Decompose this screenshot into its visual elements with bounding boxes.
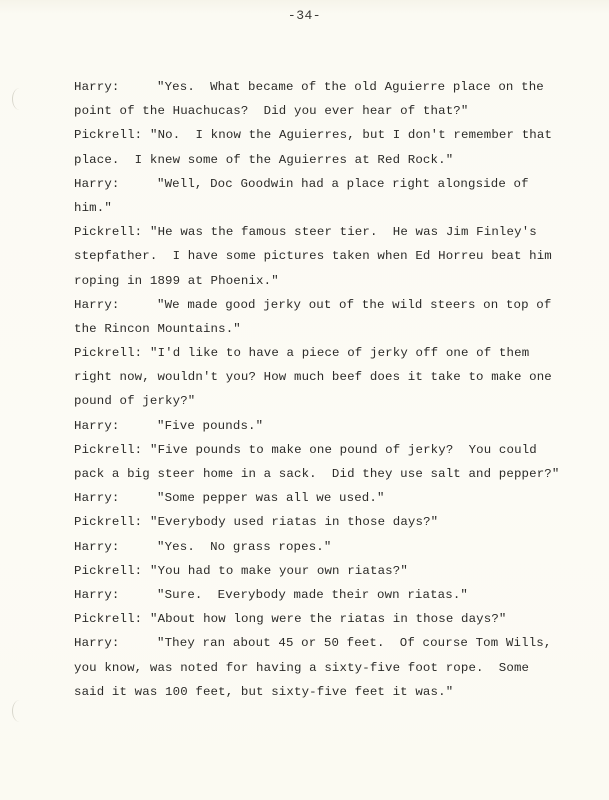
line-text: pound of jerky?" [74,394,195,408]
speaker-label: Harry: [74,176,157,192]
line-text: "You had to make your own riatas?" [150,564,408,578]
page-number: -34- [0,8,609,23]
line-text: "No. I know the Aguierres, but I don't r… [150,128,552,142]
speaker-label: Harry: [74,418,157,434]
speaker-label: Harry: [74,490,157,506]
dialogue-line: Pickrell:"Five pounds to make one pound … [74,442,554,466]
line-text: right now, wouldn't you? How much beef d… [74,370,552,384]
line-text: "Well, Doc Goodwin had a place right alo… [157,177,529,191]
continuation-line: the Rincon Mountains." [74,321,554,345]
line-text: stepfather. I have some pictures taken w… [74,249,552,263]
interview-transcript: Harry:"Yes. What became of the old Aguie… [74,79,554,708]
continuation-line: stepfather. I have some pictures taken w… [74,248,554,272]
speaker-label: Pickrell: [74,563,150,579]
dialogue-line: Pickrell:"Everybody used riatas in those… [74,514,554,538]
line-text: the Rincon Mountains." [74,322,241,336]
speaker-label: Pickrell: [74,514,150,530]
dialogue-line: Pickrell:"You had to make your own riata… [74,563,554,587]
continuation-line: roping in 1899 at Phoenix." [74,273,554,297]
continuation-line: point of the Huachucas? Did you ever hea… [74,103,554,127]
punch-hole-mark [12,88,27,110]
speaker-label: Harry: [74,79,157,95]
speaker-label: Harry: [74,635,157,651]
speaker-label: Pickrell: [74,611,150,627]
dialogue-line: Pickrell:"I'd like to have a piece of je… [74,345,554,369]
continuation-line: him." [74,200,554,224]
speaker-label: Pickrell: [74,224,150,240]
line-text: you know, was noted for having a sixty-f… [74,661,529,675]
speaker-label: Harry: [74,587,157,603]
line-text: roping in 1899 at Phoenix." [74,274,279,288]
dialogue-line: Pickrell:"He was the famous steer tier. … [74,224,554,248]
speaker-label: Pickrell: [74,442,150,458]
continuation-line: said it was 100 feet, but sixty-five fee… [74,684,554,708]
continuation-line: right now, wouldn't you? How much beef d… [74,369,554,393]
line-text: "We made good jerky out of the wild stee… [157,298,551,312]
line-text: "I'd like to have a piece of jerky off o… [150,346,529,360]
line-text: "About how long were the riatas in those… [150,612,507,626]
line-text: "He was the famous steer tier. He was Ji… [150,225,537,239]
speaker-label: Harry: [74,297,157,313]
continuation-line: pound of jerky?" [74,393,554,417]
dialogue-line: Harry:"Five pounds." [74,418,554,442]
line-text: said it was 100 feet, but sixty-five fee… [74,685,453,699]
speaker-label: Harry: [74,539,157,555]
line-text: point of the Huachucas? Did you ever hea… [74,104,468,118]
dialogue-line: Harry:"Some pepper was all we used." [74,490,554,514]
line-text: "They ran about 45 or 50 feet. Of course… [157,636,551,650]
line-text: "Five pounds." [157,419,263,433]
line-text: "Five pounds to make one pound of jerky?… [150,443,537,457]
line-text: "Sure. Everybody made their own riatas." [157,588,468,602]
dialogue-line: Pickrell:"No. I know the Aguierres, but … [74,127,554,151]
continuation-line: you know, was noted for having a sixty-f… [74,660,554,684]
line-text: "Yes. What became of the old Aguierre pl… [157,80,544,94]
line-text: "Yes. No grass ropes." [157,540,331,554]
punch-hole-mark [12,700,27,722]
dialogue-line: Harry:"Yes. What became of the old Aguie… [74,79,554,103]
dialogue-line: Harry:"They ran about 45 or 50 feet. Of … [74,635,554,659]
speaker-label: Pickrell: [74,345,150,361]
line-text: "Everybody used riatas in those days?" [150,515,438,529]
continuation-line: place. I knew some of the Aguierres at R… [74,152,554,176]
speaker-label: Pickrell: [74,127,150,143]
dialogue-line: Pickrell:"About how long were the riatas… [74,611,554,635]
dialogue-line: Harry:"Well, Doc Goodwin had a place rig… [74,176,554,200]
dialogue-line: Harry:"Sure. Everybody made their own ri… [74,587,554,611]
dialogue-line: Harry:"Yes. No grass ropes." [74,539,554,563]
dialogue-line: Harry:"We made good jerky out of the wil… [74,297,554,321]
line-text: place. I knew some of the Aguierres at R… [74,153,453,167]
continuation-line: pack a big steer home in a sack. Did the… [74,466,554,490]
line-text: pack a big steer home in a sack. Did the… [74,467,559,481]
line-text: him." [74,201,112,215]
typewritten-page: -34- Harry:"Yes. What became of the old … [0,0,609,800]
line-text: "Some pepper was all we used." [157,491,385,505]
